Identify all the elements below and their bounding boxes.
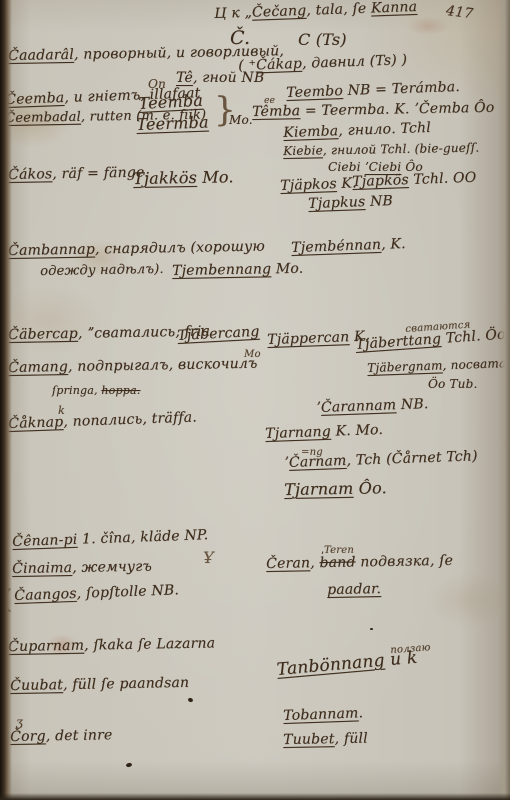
gloss: . [358,705,363,721]
gloss: NB = Terámba. [343,79,461,99]
equiv-kiemba: Kiemba, гнило. Tchl [283,120,431,141]
header-ref: Kanna [371,0,418,17]
headword: Teembo [286,83,343,101]
gloss: подвязка, ſe [355,553,453,571]
gloss: Ôo. [353,478,387,498]
headword: Čaangos [14,586,77,604]
entry-cuparnam: Čuparnam, ſkaka ſe Lazarna [8,635,215,655]
manuscript-page: 417 Ц к „Čečang, tala, ſe Kanna Č. С (Ts… [0,0,510,800]
headword: Tjäpkos [280,176,337,194]
headword: Teemba [138,91,203,113]
equiv-tuubet: Tuubet, füll [283,731,368,748]
struck-word: band [319,554,355,571]
equiv-teembo-nb: Teembo NB = Terámba. [286,79,460,101]
gloss: , det inre [46,727,113,744]
gloss: NB. [396,396,429,413]
headword: Tjäbergnam [367,358,443,375]
entry-cambannap-cont: одежду надѣлъ). [40,262,164,279]
gloss: Mo. [271,261,303,278]
headword: Čåknap [8,414,64,432]
equiv-tjakkos: Tjakkös Mo. [133,167,234,188]
entry-cinaima: Činaima, жемчугъ [12,559,152,577]
headword: Čorg [10,728,46,745]
equiv-tjapkus-nb: Tjapkus NB [308,193,393,212]
page-header-title: Ц к „Čečang, tala, ſe Kanna [214,0,417,22]
prefix: ſpringa, [52,384,101,397]
headword: Čákap [256,56,302,74]
headword: Tjembénnan [291,237,381,256]
headword: Tjembennang [172,261,271,279]
ink-blot [126,762,133,767]
entry-cambannap: Čambannap, снарядилъ (хорошую [8,239,265,259]
equiv-teermba: Teermba [136,112,209,134]
equiv-tjabercang: Tjäbercang [177,324,260,344]
headword: Tjapkus [308,194,366,212]
equiv-tjembennan: Tjembénnan, K. [291,236,406,256]
headword: Čamang [8,359,68,376]
headword: Tanbönnang [276,651,385,680]
book-gutter [0,0,12,800]
section-letter-latin: С (Ts) [298,30,347,49]
equiv-teemba: Teemba [138,91,203,113]
gloss: 1. čîna, kläde NP. [77,527,208,548]
headword: Čuparnam [8,638,84,655]
equiv-carannam: ʼČarannam NB. [316,396,429,416]
header-gloss: , tala, ſe [306,1,371,19]
gloss: , подпрыгалъ, вискочилъ [68,356,258,375]
entry-caknap: Čåknap, попались, träffa. [8,409,197,432]
headword: Teermba [136,112,209,134]
equiv-tjembennang: Tjembennang Mo. [172,261,304,279]
gloss: = Teermba. K. ʼČemba Ôo [300,100,494,119]
gloss: , давнил (Ts) ) [302,52,408,72]
headword: Tê [176,70,193,86]
gloss: , Tch (Čårnet Tch) [346,448,478,469]
gloss: , жемчугъ [72,559,152,576]
equiv-tjapkos-k: Tjäpkos K. [280,175,357,194]
headword: Čênan-pi [12,532,78,550]
headword: Čákos [8,166,52,183]
gloss: , füll [334,731,368,748]
gloss: , снарядилъ (хорошую [95,239,265,258]
equiv-paadar: paadar. [327,581,381,598]
header-pre: Ц к „ [214,5,252,22]
headword: Tuubet [283,731,335,748]
equiv-ceran: Čeran, band подвязка, ſe [266,553,453,572]
equiv-tjarnang: Tjarnang K. Mo. [265,422,383,442]
page-edge-bottom [0,793,510,800]
entry-corg: Čorg, det inre [10,727,113,745]
entry-caangos: Čaangos, ſopſtolle NB. [14,582,179,604]
headword: Têmba [252,103,300,120]
equiv-tjabergnam: Tjäbergnam, посватался [367,355,510,375]
headword: Čeran [266,555,310,572]
entry-camang: Čamang, подпрыгалъ, вискочилъ [8,356,258,376]
headword: Tjäbercang [177,324,260,344]
prefix: ( ⁺ [238,57,256,74]
entry-cakos: Čákos, räf = fänge. [8,165,149,183]
entry-cuubat: Čuubat, füll ſe paandsan [10,675,189,694]
equiv-kiebie: Kiebie, гнилой Tchl. (bie-gueſſ. [283,141,479,158]
headword: Čeembadal [5,110,81,126]
gloss: u k [384,648,418,671]
gloss: , füll ſe paandsan [63,675,189,693]
entry-cenan-pi: Čênan-pi 1. čîna, kläde NP. [12,527,209,550]
abbrev-mo: Mo. [229,113,253,127]
page-edge-right [498,0,510,800]
struck-word: hoppa. [101,384,140,397]
gloss: K. Mo. [331,422,384,440]
gloss: , гнило. Tchl [338,120,431,139]
gloss: , ſopſtolle NB. [76,582,179,602]
equiv-temba: Têmba = Teermba. K. ʼČemba Ôo [252,100,495,120]
header-word: Čečang [252,3,307,21]
gloss: , гнилой Tchl. (bie-gueſſ. [323,141,480,158]
equiv-tanbonnang: Tanbönnang u k [276,648,418,680]
prefix: Ciebi [328,160,365,174]
gloss: Tchl. Öo [441,327,507,347]
note-oo-tub: Öo Tub. [428,377,478,391]
gloss: Tchl. OO [408,170,476,188]
headword: Čäbercap [8,326,78,343]
headword: paadar. [327,581,381,598]
headword: Čarnam [289,453,347,471]
equiv-tjapkos-tchl: Tjapkös Tchl. OO [352,170,477,190]
headword: Tjakkös [133,168,197,188]
flourish-mark: Ұ [203,548,214,567]
headword: Kiebie [283,143,323,158]
gloss: , K. [381,236,406,253]
equiv-tjarnam: Tjarnam Ôo. [284,478,387,499]
headword: Tjarnang [265,424,331,442]
squiggle-mark: ʒ [16,715,23,729]
note-springa-hoppa: ſpringa, hoppa. [52,384,140,397]
equiv-tobannam: Tobannam. [283,705,363,724]
headword: Čeemba [5,90,65,108]
headword: Tjapkös [352,172,409,190]
gloss: NB [365,193,393,210]
headword: Čambannap [8,241,95,259]
headword: Kiemba [283,123,339,141]
headword: Činaima [12,560,72,577]
headword: Čarannam [321,397,397,416]
headword: Tobannam [283,705,359,724]
page-number: 417 [445,3,474,22]
headword: Čuubat [10,677,63,694]
gloss: Mo. [197,167,234,187]
gloss: , попались, träffa. [63,409,197,430]
gloss: , ſkaka ſe Lazarna [84,635,215,653]
superscript-k: k [58,404,65,417]
headword: Čaadarâl [8,47,74,64]
ink-blot [187,697,193,702]
ink-blot [370,628,373,630]
headword: Tjarnam [284,479,354,499]
headword: Tjäppercan [267,329,350,348]
